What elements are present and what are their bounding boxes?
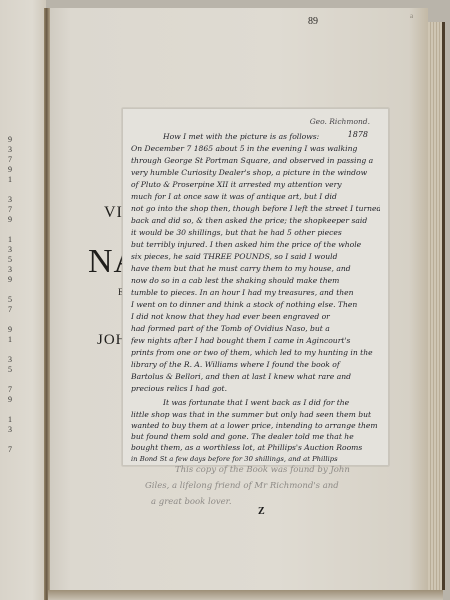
note-line: library of the R. A. Williams where I fo… <box>131 359 380 371</box>
left-page: 9 3 7 9 1 3 7 9 1 3 5 3 9 5 7 9 1 3 5 7 <box>0 0 46 600</box>
note-line: it would be 30 shillings, but that he ha… <box>131 227 380 239</box>
page-ref: 7 <box>0 385 12 395</box>
page-ref <box>0 185 12 195</box>
note-line: of Pluto & Proserpine XII it arrested my… <box>131 179 380 191</box>
pasted-handwritten-note: Geo. Richmond. 1878 How I met with the p… <box>122 108 389 466</box>
note-line: tumble to pieces. In an hour I had my tr… <box>131 287 380 299</box>
note-line: prints from one or two of them, which le… <box>131 347 380 359</box>
page-edges <box>428 22 445 590</box>
page-ref: 7 <box>0 205 12 215</box>
page-ref: 9 <box>0 395 12 405</box>
note-line: How I met with the picture is as follows… <box>163 131 380 143</box>
page-ref: 9 <box>0 135 12 145</box>
note-header: Geo. Richmond. <box>310 117 370 126</box>
note-line: I went on to dinner and think a stock of… <box>131 299 380 311</box>
left-page-numbers: 9 3 7 9 1 3 7 9 1 3 5 3 9 5 7 9 1 3 5 7 <box>0 135 12 455</box>
note-line: precious relics I had got. <box>131 383 380 395</box>
page-ref: 9 <box>0 275 12 285</box>
printed-title-fragment: VI <box>104 204 123 222</box>
note-line: On December 7 1865 about 5 in the evenin… <box>131 143 380 155</box>
page-ref: 9 <box>0 325 12 335</box>
page-ref <box>0 285 12 295</box>
note-line: through George St Portman Square, and ob… <box>131 155 380 167</box>
bottom-page-edge <box>48 590 443 600</box>
page-ref: 1 <box>0 415 12 425</box>
page-ref: 1 <box>0 235 12 245</box>
note-line: few nights after I had bought them I cam… <box>131 335 380 347</box>
note-line: Bartolus & Bellori, and then at last I k… <box>131 371 380 383</box>
page-ref: 3 <box>0 355 12 365</box>
page-ref <box>0 435 12 445</box>
pencil-line: This copy of the Book was found by John <box>145 462 395 478</box>
page-ref: 3 <box>0 265 12 275</box>
page-ref <box>0 315 12 325</box>
page-ref: 5 <box>0 365 12 375</box>
page-ref: 3 <box>0 245 12 255</box>
page-ref: 3 <box>0 145 12 155</box>
pencil-annotation: This copy of the Book was found by John … <box>145 462 395 510</box>
page-ref: 7 <box>0 445 12 455</box>
page-ref: 9 <box>0 165 12 175</box>
page-ref <box>0 375 12 385</box>
page-ref: 3 <box>0 195 12 205</box>
note-line: but terribly injured. I then asked him t… <box>131 239 380 251</box>
page-ref: 3 <box>0 425 12 435</box>
note-line: had formed part of the Tomb of Ovidius N… <box>131 323 380 335</box>
note-line: have them but that he must carry them to… <box>131 263 380 275</box>
page-number: 89 <box>308 16 318 27</box>
pencil-line: Giles, a lifelong friend of Mr Richmond'… <box>145 478 395 494</box>
note-line: It was fortunate that I went back as I d… <box>163 397 380 409</box>
page-ref: 1 <box>0 175 12 185</box>
page-ref <box>0 405 12 415</box>
book-gutter <box>44 8 50 600</box>
note-line: much for I at once saw it was of antique… <box>131 191 380 203</box>
page-ref <box>0 225 12 235</box>
note-line: back and did so, & then asked the price;… <box>131 215 380 227</box>
page-ref: 5 <box>0 295 12 305</box>
page-ref <box>0 345 12 355</box>
book-photo: 9 3 7 9 1 3 7 9 1 3 5 3 9 5 7 9 1 3 5 7 <box>0 0 450 600</box>
note-line: six pieces, he said THREE POUNDS, so I s… <box>131 251 380 263</box>
page-ref: 7 <box>0 155 12 165</box>
signature-mark: Z <box>258 506 265 517</box>
note-line: I did not know that they had ever been e… <box>131 311 380 323</box>
page-ref: 9 <box>0 215 12 225</box>
note-line: very humble Curiosity Dealer's shop, a p… <box>131 167 380 179</box>
note-line: not go into the shop then, though before… <box>131 203 380 215</box>
page-ref: 1 <box>0 335 12 345</box>
corner-mark: a <box>410 12 413 20</box>
pencil-line: a great book lover. <box>145 494 395 510</box>
page-ref: 7 <box>0 305 12 315</box>
note-line: now do so in a cab lest the shaking shou… <box>131 275 380 287</box>
page-ref: 5 <box>0 255 12 265</box>
